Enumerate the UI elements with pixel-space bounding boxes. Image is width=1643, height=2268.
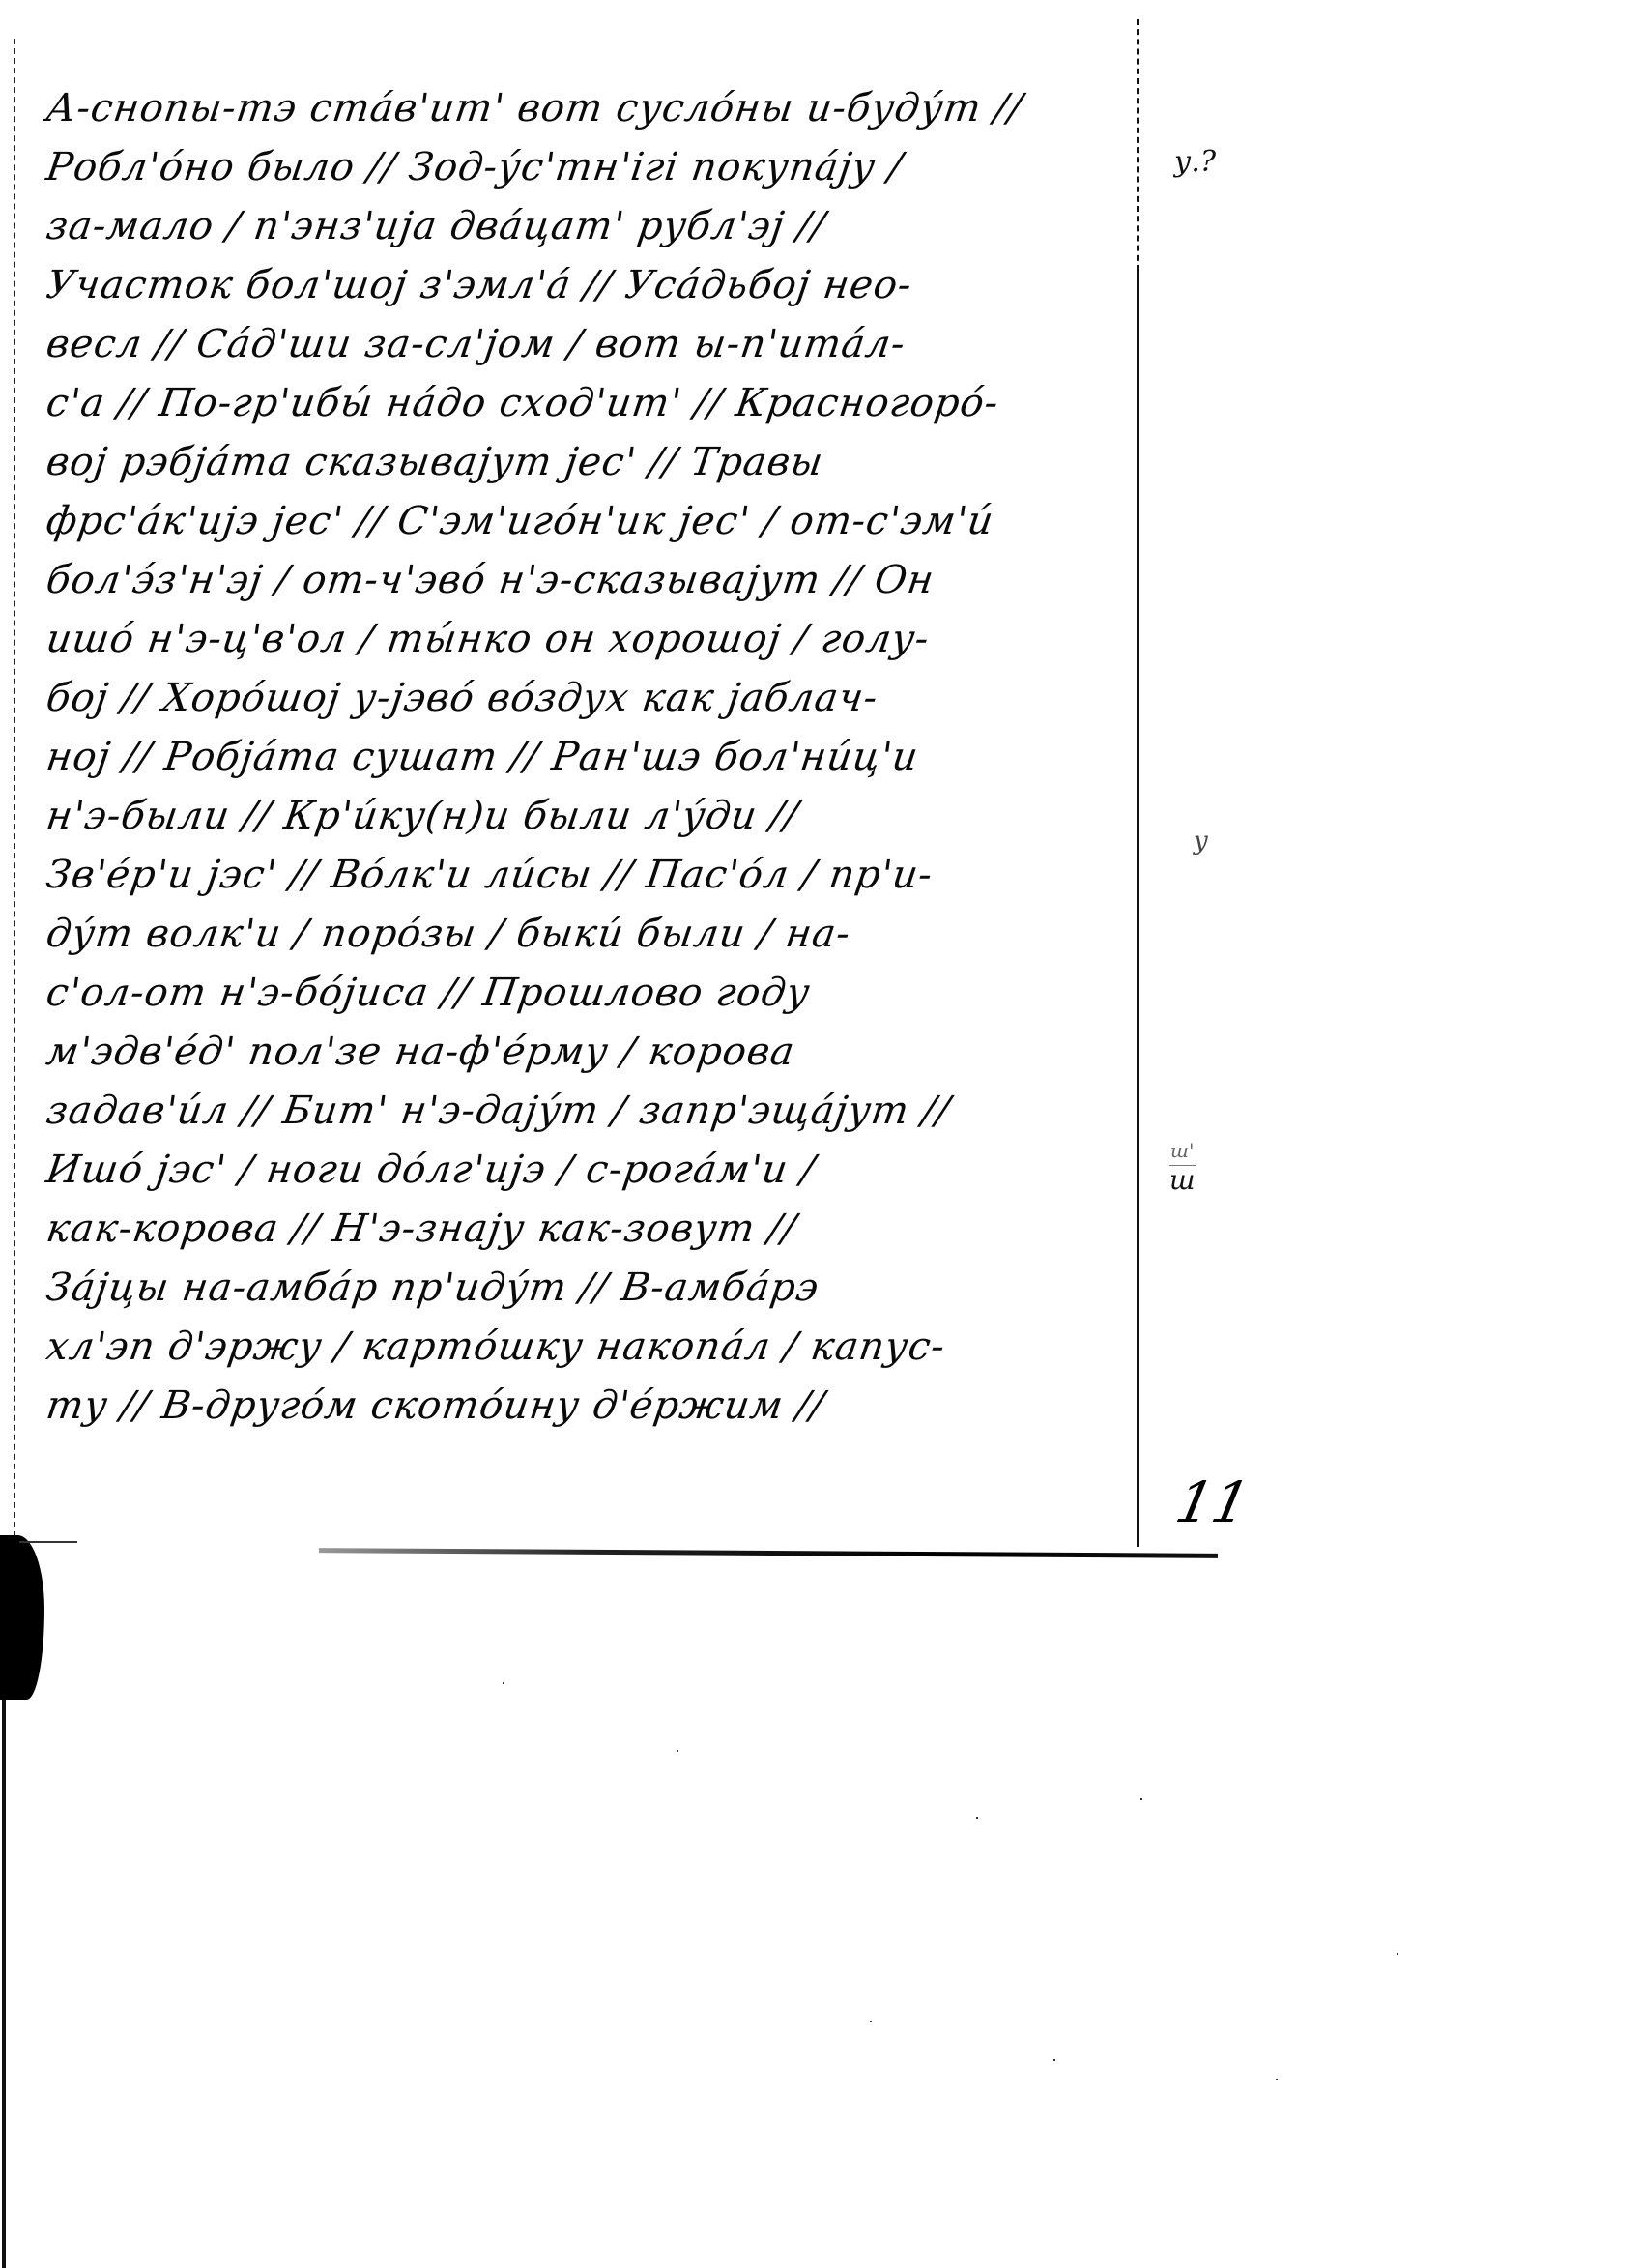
text-line: как-корова // Н'э-знаjу как-зовут // bbox=[43, 1200, 1250, 1259]
text-line: фрс'а́к'иjэ jес' // С'эм'иго́н'ик jес' /… bbox=[43, 492, 1250, 551]
text-line: вој рэбја́та сказываjут jес' // Травы bbox=[43, 433, 1250, 492]
page-number: 11 bbox=[1170, 1469, 1255, 1535]
margin-note-fraction: ш' ш bbox=[1169, 1136, 1196, 1195]
text-line: Ишо́ jэс' / ноги до́лг'иjэ / с-рога́м'и … bbox=[43, 1141, 1250, 1200]
text-line: за-мало / п'энз'ија два́цат' рубл'эј // bbox=[43, 197, 1250, 256]
text-line: бол'э́з'н'эј / от-ч'эво́ н'э-сказываjут … bbox=[43, 551, 1250, 610]
text-line: Робл'о́но было // Зод-у́с'тн'ігі покупа́… bbox=[43, 138, 1250, 197]
text-line: ној // Робја́та сушат // Ран'шэ бол'ни́ц… bbox=[43, 728, 1250, 787]
ink-blot bbox=[0, 1535, 44, 1700]
text-line: м'эдв'е́д' пол'зе на-ф'е́рму / корова bbox=[43, 1023, 1250, 1082]
text-line: За́jцы на-амба́р пр'иду́т // В-амба́рэ bbox=[43, 1259, 1250, 1318]
text-line: хл'эп д'эржу / карто́шку накопа́л / капу… bbox=[43, 1318, 1250, 1377]
handwritten-text-block: А-снопы-тэ ста́в'ит' вот сусло́ны и-буду… bbox=[43, 79, 1241, 1436]
left-page-edge bbox=[14, 39, 15, 1537]
text-line: задав'и́л // Бит' н'э-даjу́т / запр'эща́… bbox=[43, 1082, 1250, 1141]
bottom-rule bbox=[319, 1548, 1218, 1558]
text-line: А-снопы-тэ ста́в'ит' вот сусло́ны и-буду… bbox=[43, 79, 1250, 138]
margin-note-under: ш bbox=[1169, 1164, 1196, 1196]
text-line: н'э-были // Кр'и́ку(н)и были л'у́ди // bbox=[43, 787, 1250, 846]
text-line: с'ол-от н'э-бо́јиса // Прошлово году bbox=[43, 964, 1250, 1023]
text-line: ду́т волк'и / поро́зы / быки́ были / на- bbox=[43, 905, 1250, 964]
text-line: Участок бол'шој з'эмл'а́ // Уса́дьбој не… bbox=[43, 256, 1250, 315]
bottom-rule-left bbox=[19, 1541, 77, 1543]
scanned-page: А-снопы-тэ ста́в'ит' вот сусло́ны и-буду… bbox=[0, 0, 1643, 2268]
text-line: Зв'е́р'и jэс' // Во́лк'и ли́сы // Пас'о́… bbox=[43, 846, 1250, 905]
text-line: с'а // По-гр'ибы́ на́до сход'ит' // Крас… bbox=[43, 374, 1250, 433]
margin-note: у bbox=[1194, 827, 1208, 856]
text-line: весл // Са́д'ши за-сл'јом / вот ы-п'ита́… bbox=[43, 315, 1250, 374]
text-line: ишо́ н'э-ц'в'ол / ты́нко он хорошој / го… bbox=[43, 610, 1250, 669]
text-line: бој // Хоро́шој у-jэво́ во́здух как jабл… bbox=[43, 669, 1250, 728]
margin-note: у.? bbox=[1174, 145, 1216, 179]
margin-note-over: ш' bbox=[1169, 1136, 1196, 1166]
text-line: ту // В-друго́м ското́ину д'е́ржим // bbox=[43, 1377, 1250, 1436]
